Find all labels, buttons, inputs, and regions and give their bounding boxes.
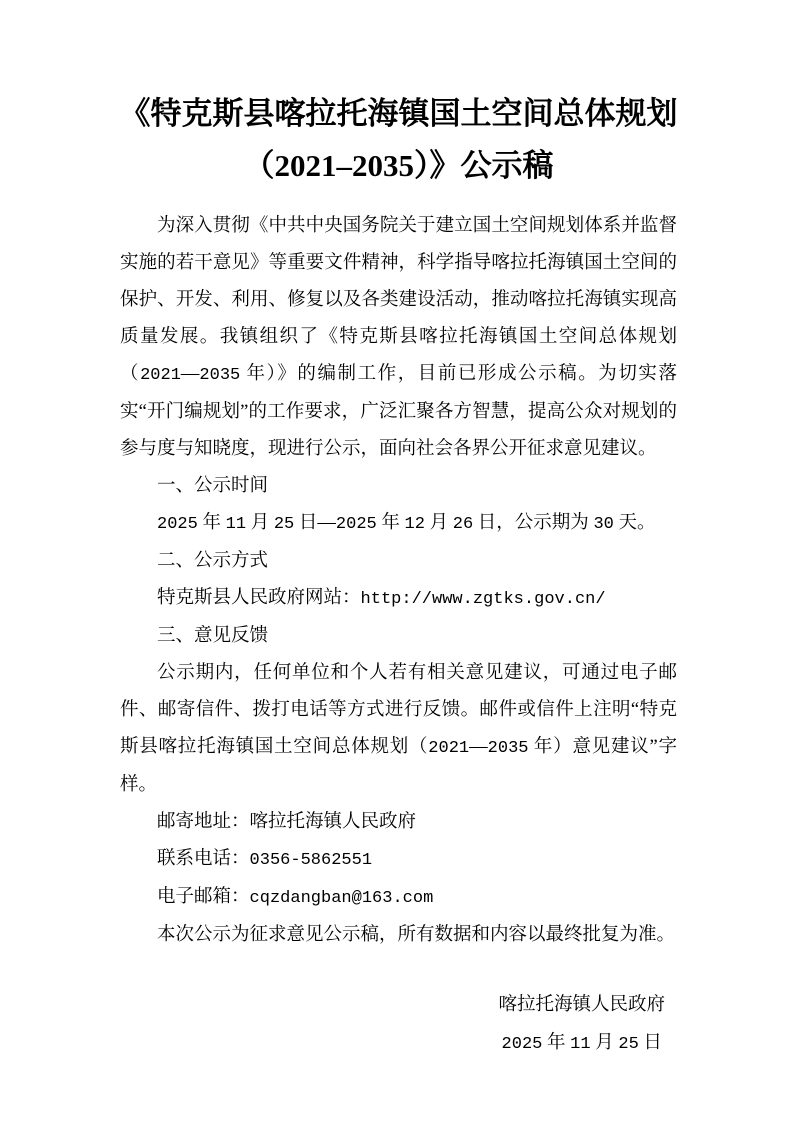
section-2-heading: 二、公示方式 bbox=[120, 543, 677, 580]
section-3-heading: 三、意见反馈 bbox=[120, 618, 677, 655]
document-title: 《特克斯县喀拉托海镇国土空间总体规划 （2021–2035）》公示稿 bbox=[106, 88, 691, 192]
publicity-period: 2025 年 11 月 25 日—2025 年 12 月 26 日，公示期为 3… bbox=[120, 505, 677, 543]
document-page: 《特克斯县喀拉托海镇国土空间总体规划 （2021–2035）》公示稿 为深入贯彻… bbox=[0, 0, 793, 1122]
section-1-heading: 一、公示时间 bbox=[120, 468, 677, 505]
signature-date: 2025 年 11 月 25 日 bbox=[498, 1024, 665, 1064]
contact-email: 电子邮箱：cqzdangban@163.com bbox=[120, 879, 677, 917]
signature-org: 喀拉托海镇人民政府 bbox=[498, 986, 665, 1024]
disclaimer: 本次公示为征求意见公示稿，所有数据和内容以最终批复为准。 bbox=[120, 917, 677, 954]
publicity-website: 特克斯县人民政府网站：http://www.zgtks.gov.cn/ bbox=[120, 580, 677, 618]
title-line-1: 《特克斯县喀拉托海镇国土空间总体规划 bbox=[106, 88, 691, 140]
feedback-paragraph: 公示期内，任何单位和个人若有相关意见建议，可通过电子邮件、邮寄信件、拨打电话等方… bbox=[120, 655, 677, 804]
contact-phone: 联系电话：0356-5862551 bbox=[120, 841, 677, 879]
mailing-address: 邮寄地址：喀拉托海镇人民政府 bbox=[120, 804, 677, 841]
intro-paragraph: 为深入贯彻《中共中央国务院关于建立国土空间规划体系并监督实施的若干意见》等重要文… bbox=[120, 208, 677, 468]
signature-block: 喀拉托海镇人民政府 2025 年 11 月 25 日 bbox=[498, 986, 665, 1064]
title-line-2: （2021–2035）》公示稿 bbox=[106, 140, 691, 192]
